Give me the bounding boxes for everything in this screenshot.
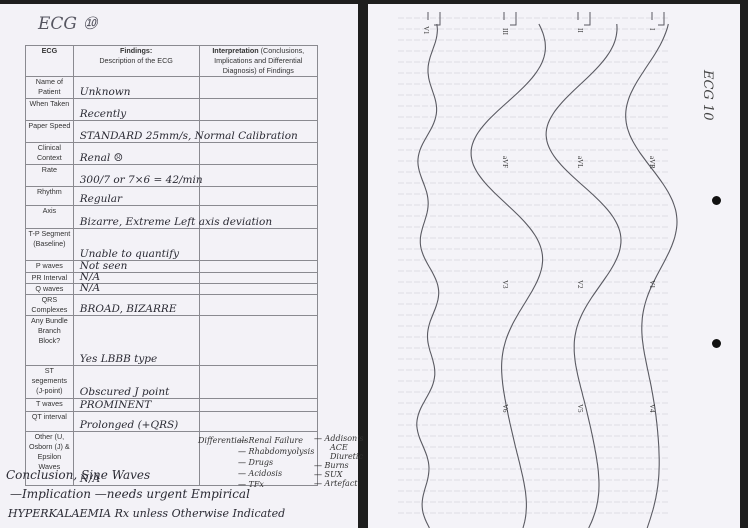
row-interpretation bbox=[199, 206, 317, 229]
header-ecg: ECG bbox=[26, 46, 74, 77]
table-row: QT intervalProlonged (+QRS) bbox=[26, 412, 318, 432]
row-label: QRS Complexes bbox=[26, 295, 74, 316]
finding-handwriting: BROAD, BIZARRE bbox=[80, 304, 177, 314]
row-label: Q waves bbox=[26, 284, 74, 295]
finding-handwriting: 300/7 or 7×6 = 42/min bbox=[80, 175, 203, 185]
finding-handwriting: Unable to quantify bbox=[80, 249, 179, 259]
row-interpretation bbox=[199, 295, 317, 316]
lead-label: III bbox=[501, 28, 509, 36]
finding-handwriting: N/A bbox=[80, 283, 100, 293]
row-label: QT interval bbox=[26, 412, 74, 432]
lead-label: aVF bbox=[501, 156, 509, 168]
lead-label: II bbox=[576, 28, 584, 33]
lead-label: V4 bbox=[648, 404, 656, 413]
table-row: T-P Segment (Baseline)Unable to quantify bbox=[26, 229, 318, 261]
row-label: Paper Speed bbox=[26, 121, 74, 143]
punch-hole bbox=[712, 196, 721, 205]
row-interpretation bbox=[199, 77, 317, 99]
table-row: AxisBizarre, Extreme Left axis deviation bbox=[26, 206, 318, 229]
lead-label: I bbox=[648, 28, 656, 31]
differential-item: ACE bbox=[330, 443, 348, 452]
header-interpretation: Interpretation (Conclusions, Implication… bbox=[199, 46, 317, 77]
row-label: Name of Patient bbox=[26, 77, 74, 99]
differential-item: — Drugs bbox=[238, 458, 273, 467]
row-interpretation bbox=[199, 261, 317, 273]
row-interpretation bbox=[199, 366, 317, 399]
table-row: ST segements (J-point)Obscured J point bbox=[26, 366, 318, 399]
implication-note: —Implication —needs urgent Empirical bbox=[10, 487, 250, 501]
table-row: Name of PatientUnknown bbox=[26, 77, 318, 99]
row-label: PR Interval bbox=[26, 273, 74, 284]
row-interpretation bbox=[199, 143, 317, 165]
row-finding: BROAD, BIZARRE bbox=[73, 295, 199, 316]
finding-handwriting: Regular bbox=[80, 194, 122, 204]
table-row: Q wavesN/A bbox=[26, 284, 318, 295]
lead-label: V5 bbox=[576, 404, 584, 413]
lead-label-rhythm: V1 bbox=[422, 26, 430, 35]
row-label: Rate bbox=[26, 165, 74, 187]
lead-label: aVL bbox=[576, 156, 584, 168]
row-interpretation bbox=[199, 273, 317, 284]
table-row: QRS ComplexesBROAD, BIZARRE bbox=[26, 295, 318, 316]
lead-label: V3 bbox=[501, 280, 509, 289]
table-row: RhythmRegular bbox=[26, 187, 318, 206]
lead-label: V1 bbox=[648, 280, 656, 289]
differential-item: — Artefact bbox=[314, 479, 358, 488]
table-row: PR IntervalN/A bbox=[26, 273, 318, 284]
finding-handwriting: Recently bbox=[80, 109, 127, 119]
finding-handwriting: Yes LBBB type bbox=[80, 354, 158, 364]
ecg-side-label: ECG 10 bbox=[700, 69, 715, 121]
differential-item: — Acidosis bbox=[238, 469, 282, 478]
row-label: Rhythm bbox=[26, 187, 74, 206]
table-row: Any Bundle Branch Block?Yes LBBB type bbox=[26, 316, 318, 366]
table-row: P wavesNot seen bbox=[26, 261, 318, 273]
row-interpretation bbox=[199, 165, 317, 187]
differential-item: Diuretic bbox=[330, 452, 363, 461]
finding-handwriting: PROMINENT bbox=[80, 400, 152, 410]
row-finding: 300/7 or 7×6 = 42/min bbox=[73, 165, 199, 187]
worksheet-page: ECG ⑩ ECG Findings: Description of the E… bbox=[0, 4, 358, 528]
row-finding: N/A bbox=[73, 284, 199, 295]
finding-handwriting: Unknown bbox=[80, 87, 131, 97]
row-finding: Unable to quantify bbox=[73, 229, 199, 261]
row-interpretation bbox=[199, 187, 317, 206]
lead-label: V2 bbox=[576, 280, 584, 289]
header-findings: Findings: Description of the ECG bbox=[73, 46, 199, 77]
row-interpretation bbox=[199, 399, 317, 412]
row-interpretation bbox=[199, 229, 317, 261]
differential-item: — Renal Failure bbox=[238, 436, 303, 445]
finding-handwriting: Not seen bbox=[80, 261, 128, 271]
table-row: Paper SpeedSTANDARD 25mm/s, Normal Calib… bbox=[26, 121, 318, 143]
table-row: T wavesPROMINENT bbox=[26, 399, 318, 412]
table-header-row: ECG Findings: Description of the ECG Int… bbox=[26, 46, 318, 77]
differential-item: — SUX bbox=[314, 470, 342, 479]
ecg-tracing: V1IIIIIIaVFaVLaVRV3V2V1V6V5V4ECG 10 bbox=[368, 4, 740, 528]
row-finding: Recently bbox=[73, 99, 199, 121]
row-finding: PROMINENT bbox=[73, 399, 199, 412]
lead-label: aVR bbox=[648, 156, 656, 169]
row-interpretation bbox=[199, 99, 317, 121]
ecg-tracing-page: V1IIIIIIaVFaVLaVRV3V2V1V6V5V4ECG 10 bbox=[368, 4, 740, 528]
row-label: When Taken bbox=[26, 99, 74, 121]
row-finding: Regular bbox=[73, 187, 199, 206]
finding-handwriting: Obscured J point bbox=[80, 387, 170, 397]
row-interpretation bbox=[199, 412, 317, 432]
row-finding: Bizarre, Extreme Left axis deviation bbox=[73, 206, 199, 229]
row-label: T waves bbox=[26, 399, 74, 412]
row-label: P waves bbox=[26, 261, 74, 273]
worksheet-title: ECG ⑩ bbox=[38, 14, 98, 34]
differential-item: — Addison's bbox=[314, 434, 364, 443]
punch-hole bbox=[712, 339, 721, 348]
lead-label: V6 bbox=[501, 404, 509, 413]
finding-handwriting: N/A bbox=[80, 272, 100, 282]
row-interpretation bbox=[199, 316, 317, 366]
row-finding: Yes LBBB type bbox=[73, 316, 199, 366]
row-finding: STANDARD 25mm/s, Normal Calibration bbox=[73, 121, 199, 143]
row-finding: Renal ☹ bbox=[73, 143, 199, 165]
table-row: When TakenRecently bbox=[26, 99, 318, 121]
differential-item: — Rhabdomyolysis bbox=[238, 447, 314, 456]
row-finding: Obscured J point bbox=[73, 366, 199, 399]
row-label: ST segements (J-point) bbox=[26, 366, 74, 399]
row-finding: Prolonged (+QRS) bbox=[73, 412, 199, 432]
finding-handwriting: Renal ☹ bbox=[80, 153, 123, 163]
row-label: Clinical Context bbox=[26, 143, 74, 165]
row-finding: Unknown bbox=[73, 77, 199, 99]
differential-item: — Burns bbox=[314, 461, 349, 470]
row-interpretation bbox=[199, 284, 317, 295]
row-interpretation bbox=[199, 121, 317, 143]
table-row: Clinical ContextRenal ☹ bbox=[26, 143, 318, 165]
row-label: T-P Segment (Baseline) bbox=[26, 229, 74, 261]
table-body: Name of PatientUnknownWhen TakenRecently… bbox=[26, 77, 318, 486]
ecg-findings-table: ECG Findings: Description of the ECG Int… bbox=[25, 45, 318, 486]
row-label: Any Bundle Branch Block? bbox=[26, 316, 74, 366]
conclusion-note: Conclusion, Sine Waves bbox=[6, 468, 150, 482]
finding-handwriting: Prolonged (+QRS) bbox=[80, 420, 179, 430]
treatment-note: HYPERKALAEMIA Rx unless Otherwise Indica… bbox=[8, 507, 285, 520]
table-row: Rate300/7 or 7×6 = 42/min bbox=[26, 165, 318, 187]
row-label: Axis bbox=[26, 206, 74, 229]
